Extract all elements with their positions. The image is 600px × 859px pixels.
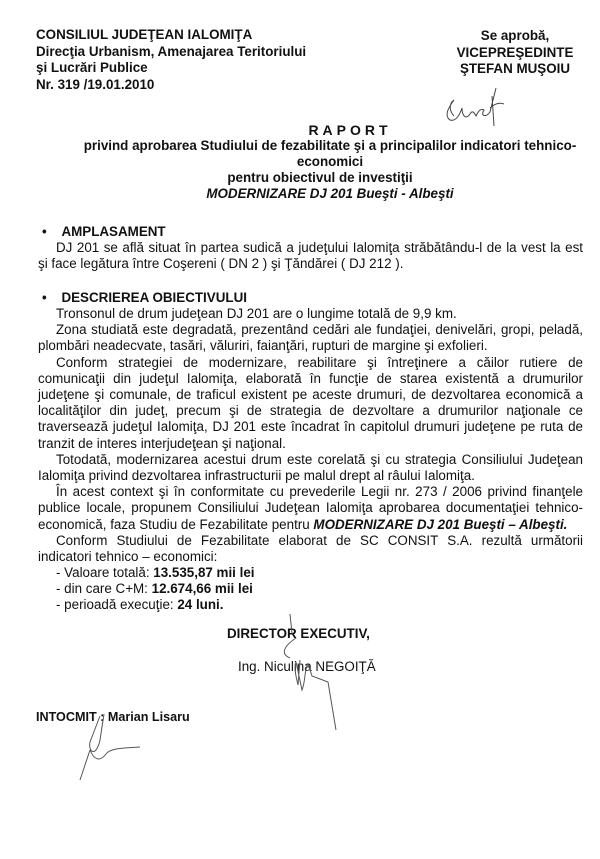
paragraph: Tronsonul de drum judeţean DJ 201 are o …	[38, 306, 583, 322]
description-text: Tronsonul de drum judeţean DJ 201 are o …	[38, 306, 583, 565]
indicator-value: 24 luni.	[177, 597, 223, 612]
approver-name: ŞTEFAN MUŞOIU	[440, 61, 590, 78]
indicators-list: - Valoare totală: 13.535,87 mii lei - di…	[56, 565, 255, 614]
paragraph: Zona studiată este degradată, prezentând…	[38, 322, 583, 354]
paragraph: DJ 201 se află situat în partea sudică a…	[38, 240, 583, 272]
paragraph: Totodată, modernizarea acestui drum este…	[38, 452, 583, 484]
indicator-label: - Valoare totală:	[56, 565, 153, 580]
indicator-value: 13.535,87 mii lei	[153, 565, 254, 580]
issuer-header: CONSILIUL JUDEŢEAN IALOMIŢA Direcţia Urb…	[36, 27, 306, 93]
indicator-value: 12.674,66 mii lei	[152, 581, 253, 596]
location-text: DJ 201 se află situat în partea sudică a…	[38, 240, 583, 272]
indicator-label: - din care C+M:	[56, 581, 152, 596]
paragraph: Conform Studiului de Fezabilitate elabor…	[38, 533, 583, 565]
indicator-item: - Valoare totală: 13.535,87 mii lei	[56, 565, 255, 581]
directorate-name-cont: şi Lucrări Publice	[36, 60, 306, 77]
preparer-signature	[70, 712, 170, 782]
indicator-item: - perioadă execuţie: 24 luni.	[56, 597, 255, 613]
section-heading-description: • DESCRIEREA OBIECTIVULUI	[42, 290, 247, 305]
investment-objective: MODERNIZARE DJ 201 Bueşti - Albeşti	[60, 186, 600, 202]
report-subject-cont: pentru obiectivul de investiţii	[40, 170, 600, 186]
section-title: DESCRIEREA OBIECTIVULUI	[61, 290, 247, 305]
section-heading-location: • AMPLASAMENT	[42, 224, 166, 239]
report-heading: RAPORT	[100, 122, 600, 138]
bullet-icon: •	[42, 224, 54, 239]
bullet-icon: •	[42, 290, 54, 305]
approver-role: VICEPREŞEDINTE	[440, 45, 590, 62]
approval-label: Se aprobă,	[440, 28, 590, 45]
director-signature	[270, 610, 340, 735]
institution-name: CONSILIUL JUDEŢEAN IALOMIŢA	[36, 27, 306, 44]
section-title: AMPLASAMENT	[61, 224, 165, 239]
indicator-label: - perioadă execuţie:	[56, 597, 177, 612]
objective-reference: MODERNIZARE DJ 201 Bueşti – Albeşti.	[313, 517, 567, 532]
paragraph: În acest context şi în conformitate cu p…	[38, 484, 583, 533]
indicator-item: - din care C+M: 12.674,66 mii lei	[56, 581, 255, 597]
report-subject: privind aprobarea Studiului de fezabilit…	[60, 138, 600, 170]
approval-block: Se aprobă, VICEPREŞEDINTE ŞTEFAN MUŞOIU	[440, 28, 590, 78]
report-title-block: RAPORT privind aprobarea Studiului de fe…	[0, 122, 600, 202]
paragraph: Conform strategiei de modernizare, reabi…	[38, 355, 583, 452]
directorate-name: Direcţia Urbanism, Amenajarea Teritoriul…	[36, 44, 306, 61]
reference-number: Nr. 319 /19.01.2010	[36, 77, 306, 94]
